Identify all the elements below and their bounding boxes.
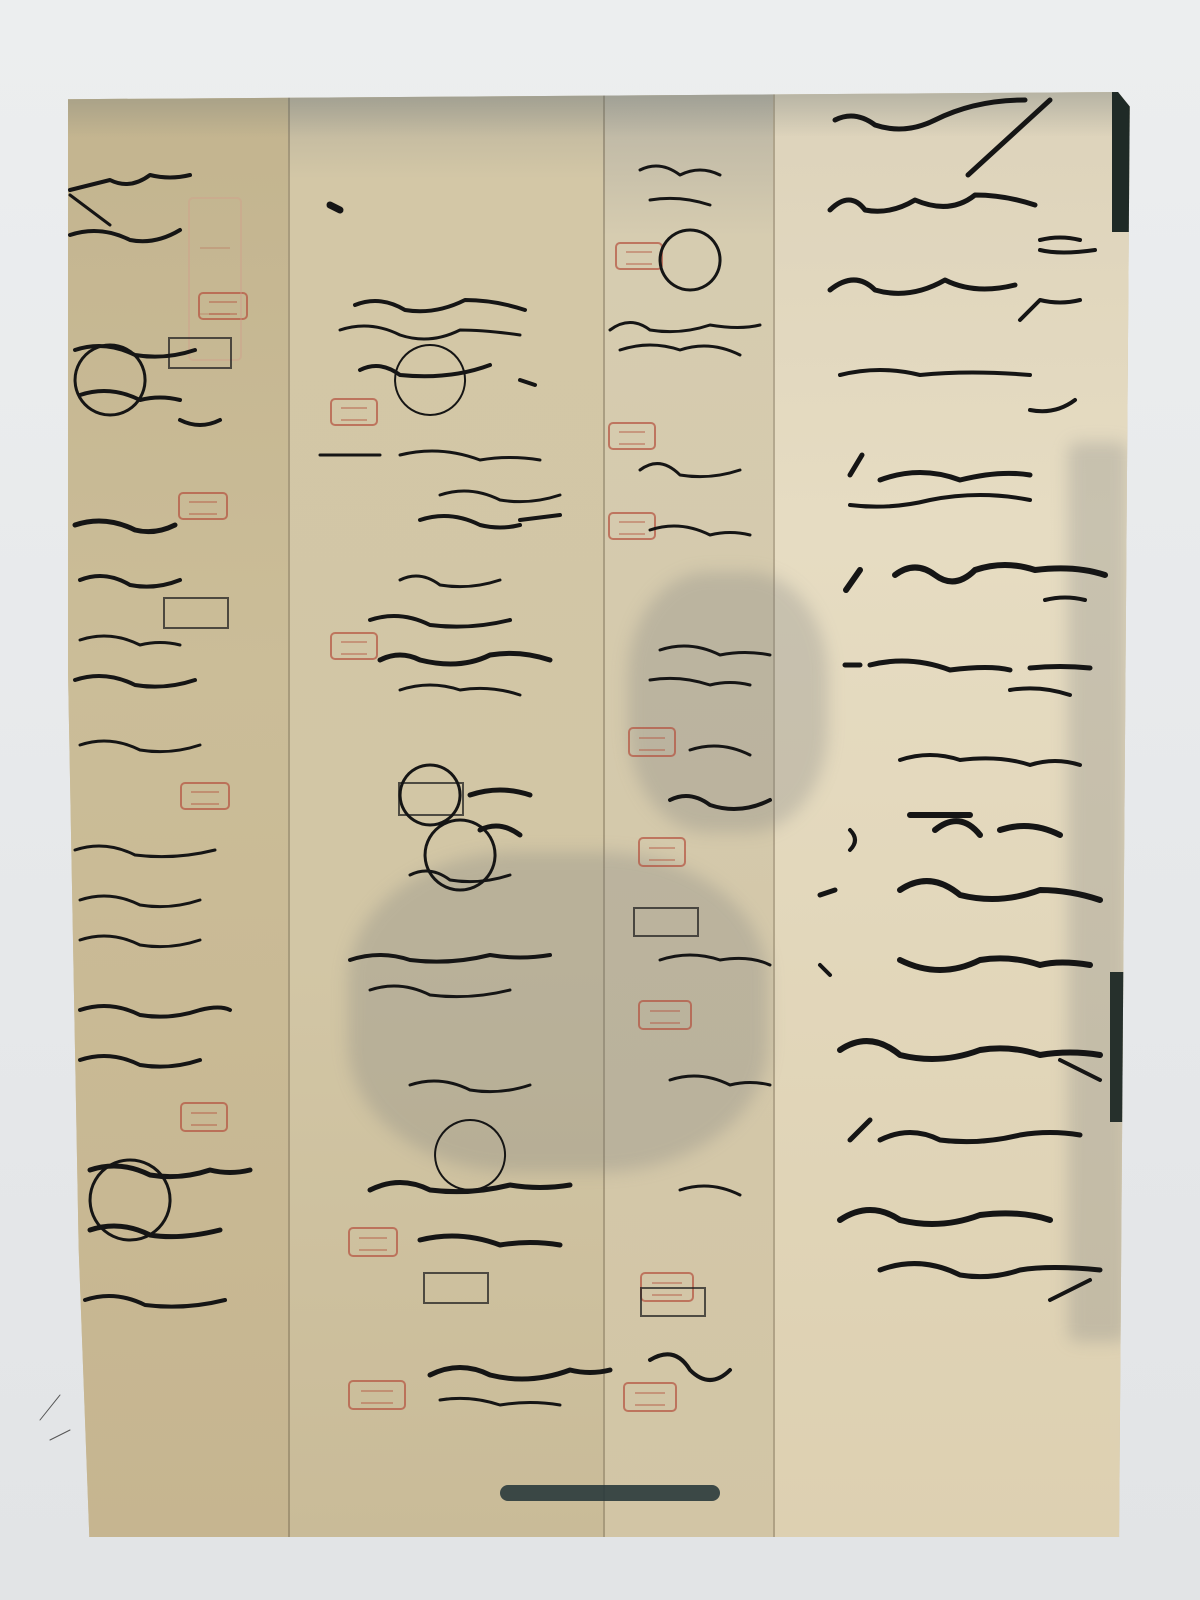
red-seal-stamp xyxy=(330,632,378,660)
binding-edge xyxy=(1112,92,1134,232)
panel-fold xyxy=(288,92,290,1537)
red-seal-stamp xyxy=(348,1227,398,1257)
ink-wash-stain xyxy=(628,572,828,832)
ink-wash-stain xyxy=(348,852,768,1172)
red-seal-stamp xyxy=(608,512,656,540)
black-seal-stamp xyxy=(163,597,229,629)
binding-edge xyxy=(1110,972,1128,1122)
black-seal-stamp xyxy=(640,1287,706,1317)
red-seal-stamp xyxy=(330,398,378,426)
black-seal-stamp xyxy=(168,337,232,369)
manuscript-sheet xyxy=(68,92,1134,1537)
red-seal-stamp xyxy=(623,1382,677,1412)
panel-fold xyxy=(603,92,605,1537)
red-seal-stamp xyxy=(638,1000,692,1030)
ink-smear xyxy=(500,1485,720,1501)
red-seal-stamp xyxy=(628,727,676,757)
red-seal-stamp xyxy=(638,837,686,867)
black-seal-stamp xyxy=(423,1272,489,1304)
red-seal-stamp xyxy=(608,422,656,450)
black-seal-stamp xyxy=(398,782,464,816)
ink-wash-stain xyxy=(1068,442,1128,1342)
left-strip-panel xyxy=(68,92,288,1537)
red-seal-stamp xyxy=(178,492,228,520)
red-seal-stamp xyxy=(180,782,230,810)
red-seal-stamp xyxy=(180,1102,228,1132)
red-seal-stamp xyxy=(348,1380,406,1410)
black-seal-stamp xyxy=(633,907,699,937)
red-seal-stamp xyxy=(615,242,663,270)
top-edge-shading xyxy=(68,92,1134,137)
